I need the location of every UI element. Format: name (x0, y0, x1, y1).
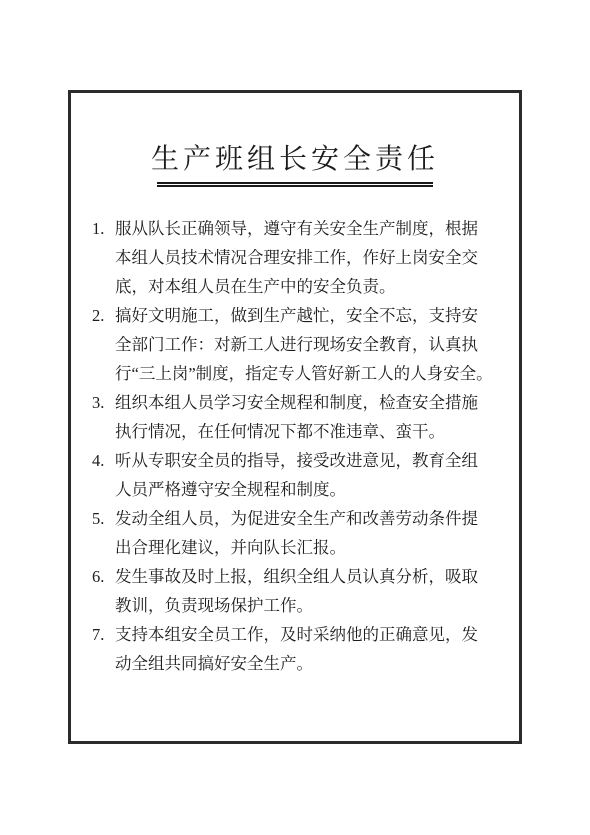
list-item: 5.发动全组人员，为促进安全生产和改善劳动条件提 出合理化建议，并向队长汇报。 (92, 504, 513, 562)
document-page: 生产班组长安全责任 1.服从队长正确领导，遵守有关安全生产制度，根据 本组人员技… (68, 90, 522, 744)
title-double-underline (157, 182, 433, 187)
item-number: 2. (92, 301, 115, 330)
list-item: 1.服从队长正确领导，遵守有关安全生产制度，根据 本组人员技术情况合理安排工作，… (92, 214, 513, 301)
item-text: 服从队长正确领导，遵守有关安全生产制度，根据 本组人员技术情况合理安排工作，作好… (115, 214, 513, 301)
scanned-document-background: { "colors": { "background": "#ffffff", "… (0, 0, 590, 835)
item-number: 1. (92, 214, 115, 243)
list-item: 4.听从专职安全员的指导，接受改进意见，教育全组 人员严格遵守安全规程和制度。 (92, 446, 513, 504)
item-text: 发动全组人员，为促进安全生产和改善劳动条件提 出合理化建议，并向队长汇报。 (115, 504, 513, 562)
item-text: 听从专职安全员的指导，接受改进意见，教育全组 人员严格遵守安全规程和制度。 (115, 446, 513, 504)
list-item: 3.组织本组人员学习安全规程和制度，检查安全措施 执行情况，在任何情况下都不准违… (92, 388, 513, 446)
list-item: 6.发生事故及时上报，组织全组人员认真分析，吸取 教训，负责现场保护工作。 (92, 562, 513, 620)
responsibility-list: 1.服从队长正确领导，遵守有关安全生产制度，根据 本组人员技术情况合理安排工作，… (71, 214, 519, 678)
item-text: 组织本组人员学习安全规程和制度，检查安全措施 执行情况，在任何情况下都不准违章、… (115, 388, 513, 446)
item-number: 4. (92, 446, 115, 475)
list-item: 2.搞好文明施工，做到生产越忙，安全不忘，支持安 全部门工作：对新工人进行现场安… (92, 301, 513, 388)
item-number: 3. (92, 388, 115, 417)
item-text: 发生事故及时上报，组织全组人员认真分析，吸取 教训，负责现场保护工作。 (115, 562, 513, 620)
page-title: 生产班组长安全责任 (71, 143, 519, 177)
item-text: 搞好文明施工，做到生产越忙，安全不忘，支持安 全部门工作：对新工人进行现场安全教… (115, 301, 513, 388)
item-number: 6. (92, 562, 115, 591)
item-number: 7. (92, 620, 115, 649)
list-item: 7.支持本组安全员工作，及时采纳他的正确意见，发 动全组共同搞好安全生产。 (92, 620, 513, 678)
item-number: 5. (92, 504, 115, 533)
item-text: 支持本组安全员工作，及时采纳他的正确意见，发 动全组共同搞好安全生产。 (115, 620, 513, 678)
